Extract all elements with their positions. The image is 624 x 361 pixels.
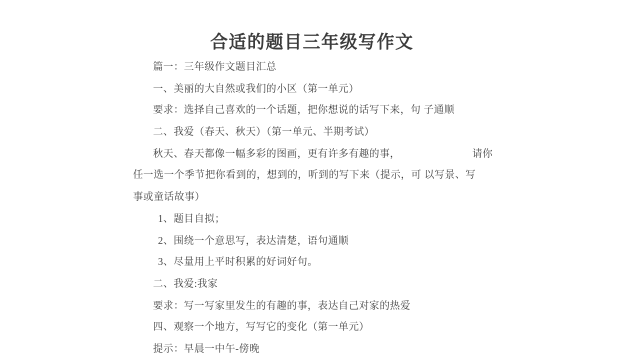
line-text: 提示：早晨一中午-傍晚 (153, 344, 260, 355)
line-text: 二、我爱:我家 (153, 279, 218, 290)
document-line: 秋天、春天都像一幅多彩的图画，更有许多有趣的事，请你 (0, 144, 624, 166)
document-line: 1、题目自拟； (0, 209, 624, 231)
document-line: 任一选一个季节把你看到的，想到的，听到的写下来（提示，可 以写景、写 (0, 165, 624, 187)
document-line: 二、我爱:我家 (0, 274, 624, 296)
line-text: 秋天、春天都像一幅多彩的图画，更有许多有趣的事， (153, 149, 400, 160)
document-line: 二、我爱（春天、秋天）（第一单元、半期考试） (0, 122, 624, 144)
document-line: 篇一：三年级作文题目汇总 (0, 57, 624, 79)
line-text: 2、围绕一个意思写，表达清楚，语句通顺 (158, 236, 349, 247)
line-text: 二、我爱（春天、秋天）（第一单元、半期考试） (153, 127, 375, 138)
document-page: 合适的题目三年级写作文 篇一：三年级作文题目汇总一、美丽的大自然或我们的小区（第… (0, 0, 624, 361)
document-line: 事或童话故事） (0, 187, 624, 209)
line-text: 要求：写一写家里发生的有趣的事，表达自己对家的热爱 (153, 301, 411, 312)
line-text: 3、尽量用上平时积累的好词好句。 (158, 257, 318, 268)
document-body: 篇一：三年级作文题目汇总一、美丽的大自然或我们的小区（第一单元）要求：选择自己喜… (0, 57, 624, 361)
line-text-after-gap: 请你 (472, 149, 493, 160)
line-text: 要求：选择自己喜欢的一个话题，把你想说的话写下来，句 子通顺 (153, 105, 455, 116)
document-line: 要求：写一写家里发生的有趣的事，表达自己对家的热爱 (0, 296, 624, 318)
document-line: 要求：选择自己喜欢的一个话题，把你想说的话写下来，句 子通顺 (0, 100, 624, 122)
document-line: 2、围绕一个意思写，表达清楚，语句通顺 (0, 231, 624, 253)
document-line: 3、尽量用上平时积累的好词好句。 (0, 252, 624, 274)
document-line: 一、美丽的大自然或我们的小区（第一单元） (0, 79, 624, 101)
document-line: 提示：早晨一中午-傍晚 (0, 339, 624, 361)
line-text: 篇一：三年级作文题目汇总 (153, 62, 277, 73)
line-text: 四、观察一个地方，写写它的变化（第一单元） (153, 322, 369, 333)
line-text: 任一选一个季节把你看到的，想到的，听到的写下来（提示，可 以写景、写 (133, 170, 476, 181)
line-text: 事或童话故事） (133, 192, 205, 203)
line-text: 一、美丽的大自然或我们的小区（第一单元） (153, 84, 359, 95)
document-title: 合适的题目三年级写作文 (0, 30, 624, 54)
line-text: 1、题目自拟； (158, 214, 225, 225)
document-line: 四、观察一个地方，写写它的变化（第一单元） (0, 317, 624, 339)
inline-gap (400, 156, 472, 157)
